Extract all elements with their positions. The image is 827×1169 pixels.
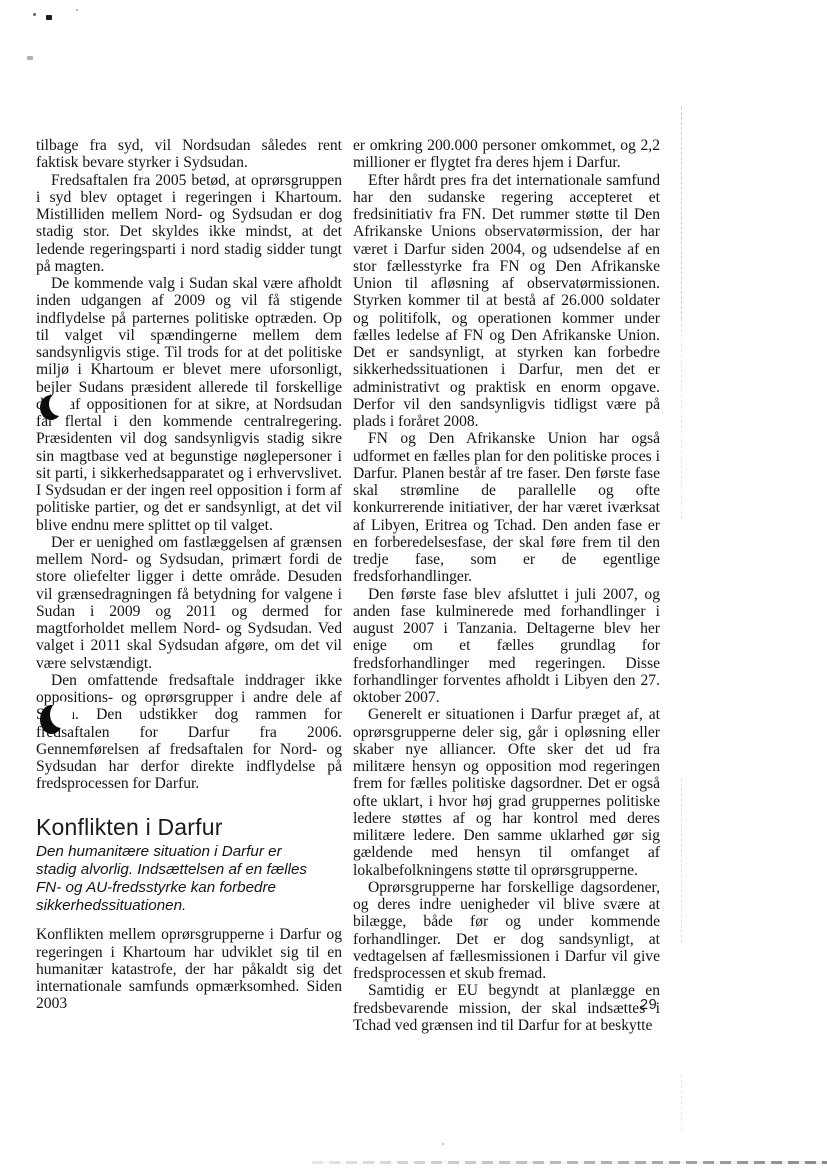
paragraph: Konflikten mellem oprørsgrupperne i Darf…: [36, 926, 342, 1012]
standfirst: Den humanitære situation i Darfur er sta…: [36, 843, 342, 916]
standfirst-line: sikkerhedssituationen.: [36, 897, 342, 915]
paragraph: Oprørsgrupperne har forskellige dagsorde…: [353, 879, 660, 983]
scan-speck: [33, 13, 36, 16]
paragraph: Generelt er situationen i Darfur præget …: [353, 706, 660, 879]
scan-speck: [27, 56, 33, 60]
paragraph: Fredsaftalen fra 2005 betød, at oprørsgr…: [36, 172, 342, 276]
fold-line: [681, 319, 682, 519]
right-column: er omkring 200.000 personer omkommet, og…: [353, 137, 660, 1034]
scan-speck: [76, 9, 78, 11]
scan-edge-line: [312, 1161, 827, 1164]
fold-line: [681, 778, 682, 943]
paragraph: Efter hårdt pres fra det internationale …: [353, 172, 660, 431]
paragraph: tilbage fra syd, vil Nordsudan således r…: [36, 137, 342, 172]
standfirst-line: stadig alvorlig. Indsættelsen af en fæll…: [36, 861, 342, 879]
fold-line: [681, 1075, 682, 1130]
standfirst-line: FN- og AU-fredsstyrke kan forbedre: [36, 879, 342, 897]
paragraph: er omkring 200.000 personer omkommet, og…: [353, 137, 660, 172]
paragraph: Samtidig er EU begyndt at planlægge en f…: [353, 982, 660, 1034]
ink-blot: [40, 705, 63, 734]
left-column: tilbage fra syd, vil Nordsudan således r…: [36, 137, 342, 1013]
paragraph: Den omfattende fredsaftale inddrager ikk…: [36, 672, 342, 793]
paragraph: De kommende valg i Sudan skal være afhol…: [36, 275, 342, 534]
paragraph: Der er uenighed om fastlæggelsen af græn…: [36, 534, 342, 672]
standfirst-line: Den humanitære situation i Darfur er: [36, 843, 342, 861]
fold-line: [681, 107, 682, 319]
scan-speck: [442, 1143, 444, 1145]
paragraph: Den første fase blev afsluttet i juli 20…: [353, 586, 660, 707]
scan-speck: [46, 15, 52, 20]
page-number: 29: [640, 997, 657, 1013]
ink-blot: [40, 395, 62, 420]
section-heading: Konflikten i Darfur: [36, 814, 342, 840]
scanned-page: tilbage fra syd, vil Nordsudan således r…: [0, 0, 827, 1169]
paragraph: FN og Den Afrikanske Union har også udfo…: [353, 430, 660, 585]
